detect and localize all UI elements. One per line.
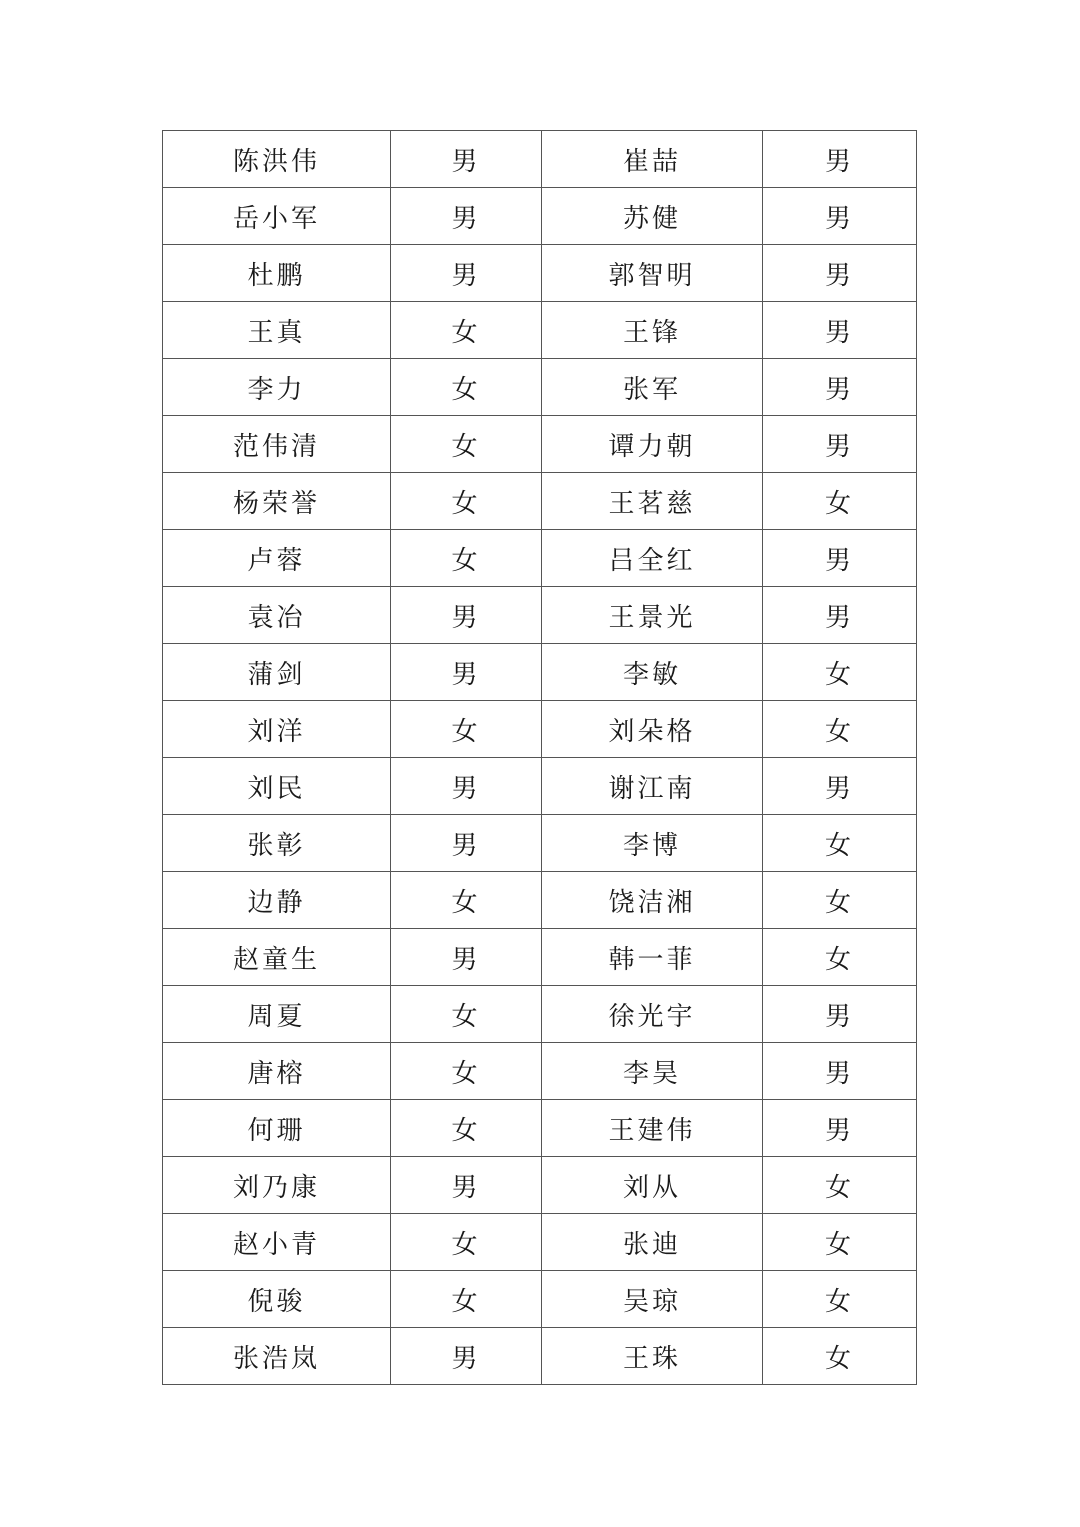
person-name-cell: 李昊: [542, 1043, 763, 1100]
gender-cell: 男: [763, 245, 917, 302]
person-name-cell: 范伟清: [163, 416, 391, 473]
person-name-cell: 岳小军: [163, 188, 391, 245]
person-name-cell: 张浩岚: [163, 1328, 391, 1385]
gender-cell: 男: [391, 131, 542, 188]
gender-cell: 男: [763, 758, 917, 815]
person-name-cell: 张军: [542, 359, 763, 416]
gender-cell: 女: [391, 1214, 542, 1271]
gender-cell: 女: [763, 644, 917, 701]
person-name-cell: 王建伟: [542, 1100, 763, 1157]
table-row: 周夏女徐光宇男: [163, 986, 917, 1043]
gender-cell: 女: [391, 473, 542, 530]
table-row: 刘民男谢江南男: [163, 758, 917, 815]
gender-cell: 女: [391, 530, 542, 587]
gender-cell: 女: [391, 986, 542, 1043]
person-name-cell: 苏健: [542, 188, 763, 245]
table-row: 范伟清女谭力朝男: [163, 416, 917, 473]
gender-cell: 女: [763, 1328, 917, 1385]
person-name-cell: 赵童生: [163, 929, 391, 986]
table-row: 王真女王锋男: [163, 302, 917, 359]
table-row: 杜鹏男郭智明男: [163, 245, 917, 302]
person-name-cell: 赵小青: [163, 1214, 391, 1271]
table-row: 张彰男李博女: [163, 815, 917, 872]
person-name-cell: 李敏: [542, 644, 763, 701]
document-page: 陈洪伟男崔喆男岳小军男苏健男杜鹏男郭智明男王真女王锋男李力女张军男范伟清女谭力朝…: [0, 0, 1080, 1527]
gender-cell: 男: [763, 986, 917, 1043]
gender-cell: 女: [391, 1271, 542, 1328]
gender-cell: 女: [391, 416, 542, 473]
table-row: 卢蓉女吕全红男: [163, 530, 917, 587]
person-name-cell: 王景光: [542, 587, 763, 644]
table-row: 蒲剑男李敏女: [163, 644, 917, 701]
person-name-cell: 袁冶: [163, 587, 391, 644]
gender-cell: 男: [391, 188, 542, 245]
gender-cell: 女: [763, 872, 917, 929]
person-name-cell: 倪骏: [163, 1271, 391, 1328]
gender-cell: 男: [763, 1043, 917, 1100]
table-row: 刘洋女刘朵格女: [163, 701, 917, 758]
person-name-cell: 唐榕: [163, 1043, 391, 1100]
gender-cell: 女: [763, 815, 917, 872]
gender-cell: 女: [763, 701, 917, 758]
gender-cell: 男: [763, 1100, 917, 1157]
gender-cell: 女: [763, 1271, 917, 1328]
roster-table: 陈洪伟男崔喆男岳小军男苏健男杜鹏男郭智明男王真女王锋男李力女张军男范伟清女谭力朝…: [162, 130, 917, 1385]
person-name-cell: 陈洪伟: [163, 131, 391, 188]
person-name-cell: 谢江南: [542, 758, 763, 815]
gender-cell: 女: [763, 473, 917, 530]
table-row: 刘乃康男刘从女: [163, 1157, 917, 1214]
table-row: 李力女张军男: [163, 359, 917, 416]
gender-cell: 男: [391, 758, 542, 815]
person-name-cell: 李博: [542, 815, 763, 872]
table-row: 何珊女王建伟男: [163, 1100, 917, 1157]
gender-cell: 男: [391, 1328, 542, 1385]
person-name-cell: 何珊: [163, 1100, 391, 1157]
person-name-cell: 刘从: [542, 1157, 763, 1214]
gender-cell: 女: [391, 701, 542, 758]
table-row: 唐榕女李昊男: [163, 1043, 917, 1100]
person-name-cell: 王真: [163, 302, 391, 359]
person-name-cell: 王茗慈: [542, 473, 763, 530]
table-row: 赵童生男韩一菲女: [163, 929, 917, 986]
person-name-cell: 李力: [163, 359, 391, 416]
gender-cell: 女: [391, 1100, 542, 1157]
person-name-cell: 饶洁湘: [542, 872, 763, 929]
gender-cell: 男: [391, 1157, 542, 1214]
gender-cell: 男: [763, 131, 917, 188]
gender-cell: 男: [763, 359, 917, 416]
table-row: 倪骏女吴琼女: [163, 1271, 917, 1328]
person-name-cell: 卢蓉: [163, 530, 391, 587]
person-name-cell: 吴琼: [542, 1271, 763, 1328]
gender-cell: 男: [391, 587, 542, 644]
roster-table-body: 陈洪伟男崔喆男岳小军男苏健男杜鹏男郭智明男王真女王锋男李力女张军男范伟清女谭力朝…: [163, 131, 917, 1385]
person-name-cell: 王锋: [542, 302, 763, 359]
table-row: 陈洪伟男崔喆男: [163, 131, 917, 188]
gender-cell: 女: [763, 929, 917, 986]
person-name-cell: 郭智明: [542, 245, 763, 302]
gender-cell: 男: [391, 815, 542, 872]
person-name-cell: 张彰: [163, 815, 391, 872]
person-name-cell: 韩一菲: [542, 929, 763, 986]
person-name-cell: 蒲剑: [163, 644, 391, 701]
table-row: 边静女饶洁湘女: [163, 872, 917, 929]
table-row: 张浩岚男王珠女: [163, 1328, 917, 1385]
gender-cell: 女: [391, 872, 542, 929]
table-row: 赵小青女张迪女: [163, 1214, 917, 1271]
gender-cell: 女: [391, 359, 542, 416]
person-name-cell: 杨荣誉: [163, 473, 391, 530]
gender-cell: 女: [391, 1043, 542, 1100]
person-name-cell: 谭力朝: [542, 416, 763, 473]
gender-cell: 男: [763, 416, 917, 473]
table-row: 岳小军男苏健男: [163, 188, 917, 245]
person-name-cell: 周夏: [163, 986, 391, 1043]
person-name-cell: 刘民: [163, 758, 391, 815]
gender-cell: 男: [763, 302, 917, 359]
person-name-cell: 王珠: [542, 1328, 763, 1385]
person-name-cell: 刘乃康: [163, 1157, 391, 1214]
gender-cell: 男: [763, 188, 917, 245]
person-name-cell: 杜鹏: [163, 245, 391, 302]
gender-cell: 男: [763, 587, 917, 644]
gender-cell: 女: [391, 302, 542, 359]
table-row: 袁冶男王景光男: [163, 587, 917, 644]
person-name-cell: 刘洋: [163, 701, 391, 758]
person-name-cell: 刘朵格: [542, 701, 763, 758]
person-name-cell: 边静: [163, 872, 391, 929]
gender-cell: 女: [763, 1214, 917, 1271]
person-name-cell: 吕全红: [542, 530, 763, 587]
table-row: 杨荣誉女王茗慈女: [163, 473, 917, 530]
gender-cell: 女: [763, 1157, 917, 1214]
person-name-cell: 张迪: [542, 1214, 763, 1271]
person-name-cell: 崔喆: [542, 131, 763, 188]
gender-cell: 男: [763, 530, 917, 587]
person-name-cell: 徐光宇: [542, 986, 763, 1043]
gender-cell: 男: [391, 929, 542, 986]
gender-cell: 男: [391, 644, 542, 701]
gender-cell: 男: [391, 245, 542, 302]
